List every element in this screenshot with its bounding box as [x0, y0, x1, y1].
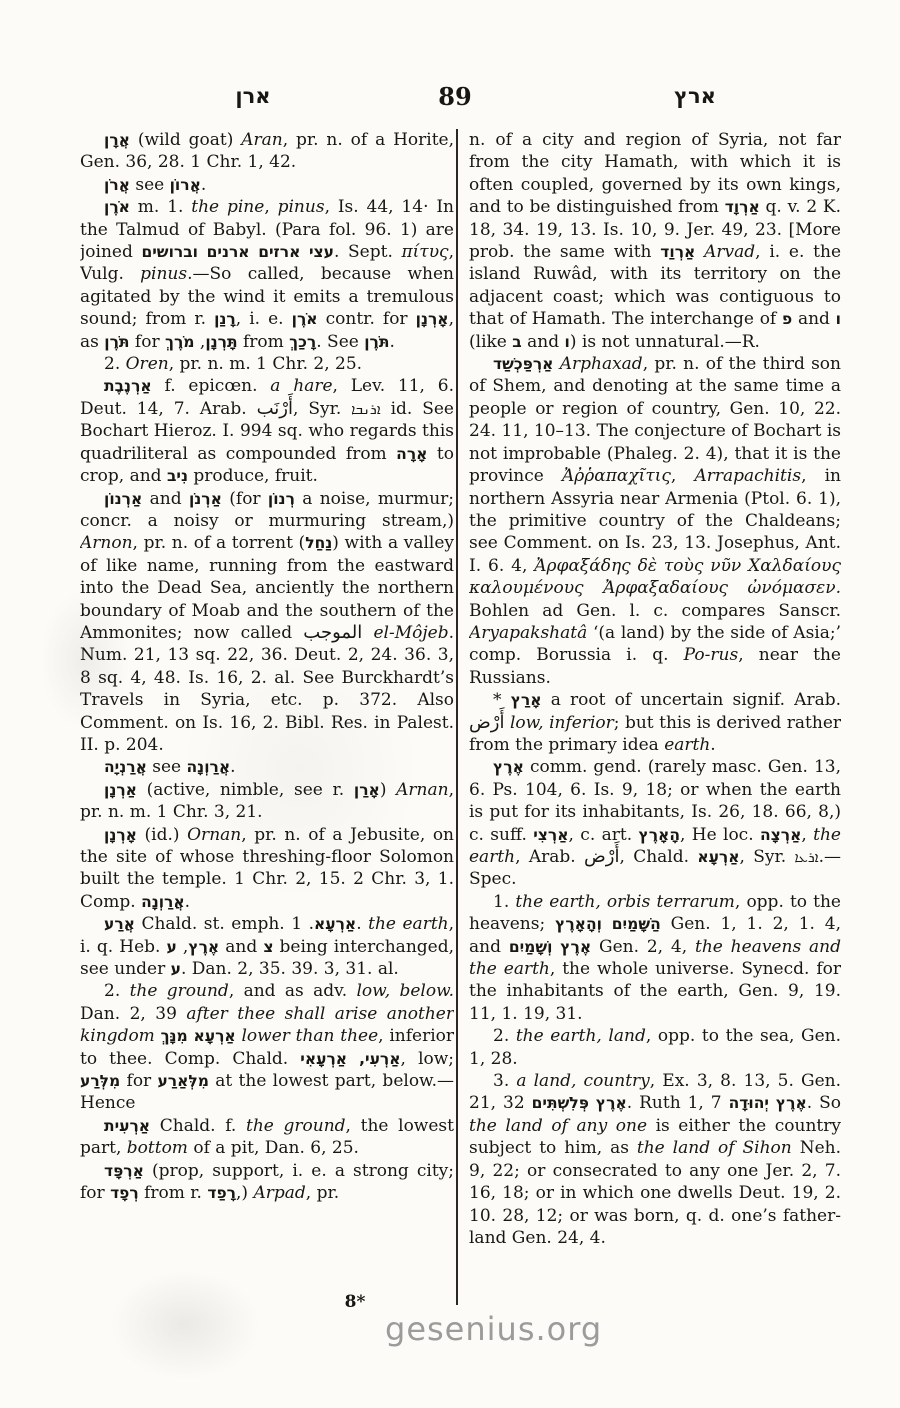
- hebrew-text: אָרָה: [396, 445, 427, 463]
- italic-text: low, below.: [356, 981, 454, 1001]
- hebrew-text: אָרַן: [354, 781, 380, 799]
- text-run: ,: [195, 332, 206, 352]
- hebrew-text: אֲרוֹן: [170, 176, 201, 194]
- italic-text: pinus: [140, 264, 187, 284]
- text-run: (id.): [137, 825, 187, 845]
- text-run: see: [147, 757, 187, 777]
- text-run: ,: [264, 197, 277, 217]
- text-run: ,): [236, 1183, 253, 1203]
- scanned-lexicon-page: ארן 89 ארץ אֲרָן (wild goat) Aran, pr. n…: [0, 0, 900, 1408]
- hebrew-text: צ: [263, 938, 273, 956]
- hebrew-text: עצי ארזים ארנים וברושים: [141, 243, 334, 261]
- text-run: 2.: [493, 1026, 516, 1046]
- column-divider-rule: [456, 129, 458, 1305]
- text-run: and: [792, 309, 835, 329]
- hebrew-text: אֲרֹן: [104, 176, 130, 194]
- hebrew-text: מִלְּאַרַע: [157, 1072, 209, 1090]
- text-run: .: [230, 757, 235, 777]
- arabic-text: أَرْض: [584, 846, 619, 867]
- text-run: and: [219, 937, 263, 957]
- hebrew-text: תֹּרֶן: [364, 333, 389, 351]
- dictionary-entry: אַרְנוֹן and אַרְנֹן (for רְנוֹן a noise…: [80, 488, 454, 757]
- hebrew-text: אַרְעָא: [314, 915, 356, 933]
- hebrew-text: אָרְנָן: [104, 826, 137, 844]
- hebrew-text: נַחַל: [305, 534, 332, 552]
- text-run: contr. for: [318, 309, 416, 329]
- dictionary-entry: 2. Oren, pr. n. m. 1 Chr. 2, 25.: [80, 353, 454, 375]
- hebrew-text: אֶרֶץ: [493, 758, 524, 776]
- dictionary-entry: אַרְפָּד (prop, support, i. e. a strong …: [80, 1160, 454, 1205]
- two-column-text: אֲרָן (wild goat) Aran, pr. n. of a Hori…: [80, 129, 841, 1307]
- text-run: . Dan. 2, 35. 39. 3, 31. al.: [181, 959, 399, 979]
- dictionary-entry: אֶרֶץ comm. gend. (rarely masc. Gen. 13,…: [469, 756, 841, 890]
- hebrew-text: ו: [836, 310, 841, 328]
- italic-text: Arvad: [704, 242, 755, 262]
- text-run: m. 1.: [130, 197, 191, 217]
- header-keyword-right: ארץ: [520, 84, 870, 108]
- hebrew-text: רָפַד: [207, 1184, 236, 1202]
- italic-text: el-Môjeb: [373, 623, 448, 643]
- dictionary-entry: אֲרַנְיָה see אֲרַוְנָה.: [80, 756, 454, 778]
- right-column: n. of a city and region of Syria, not fa…: [469, 129, 841, 1307]
- italic-text: a land, country: [516, 1071, 649, 1091]
- italic-text: Aran: [241, 130, 283, 150]
- text-run: .: [389, 332, 394, 352]
- dictionary-entry: 2. the ground, and as adv. low, below. D…: [80, 980, 454, 1114]
- hebrew-text: אֲרָן: [104, 131, 130, 149]
- text-run: (wild goat): [130, 130, 241, 150]
- text-run: . See: [316, 332, 364, 352]
- hebrew-text: מֹרֶךְ: [165, 333, 195, 351]
- dictionary-entry: אַרְפַּכְשַׁד Arphaxad, pr. n. of the th…: [469, 353, 841, 689]
- hebrew-text: ע: [171, 960, 181, 978]
- dictionary-entry: אַרְנֶבֶת f. epicœn. a hare, Lev. 11, 6.…: [80, 375, 454, 487]
- hebrew-text: אֲרַע: [104, 915, 135, 933]
- text-run: , i. e.: [236, 309, 292, 329]
- hebrew-text: אַרְפַּכְשַׁד: [493, 355, 553, 373]
- greek-text: πίτυς: [401, 242, 448, 262]
- text-run: and: [142, 489, 189, 509]
- text-run: of a pit, Dan. 6, 25.: [188, 1138, 359, 1158]
- hebrew-text: אֹרֶן: [292, 310, 318, 328]
- dictionary-entry: אַרְנָן (active, nimble, see r. אָרַן) A…: [80, 779, 454, 824]
- hebrew-text: אַרְנֶבֶת: [104, 377, 152, 395]
- syriac-text: ܐܪܢܒܐ: [351, 402, 380, 418]
- italic-text: the earth: [368, 914, 448, 934]
- hebrew-text: אַרְוַד: [660, 243, 695, 261]
- italic-text: the ground: [130, 981, 229, 1001]
- italic-text: the earth, orbis terrarum: [515, 892, 735, 912]
- hebrew-text: הַשָּׁמַיִם וְהָאָרֶץ: [555, 915, 661, 933]
- italic-text: the earth, land: [516, 1026, 646, 1046]
- italic-text: the land of any one: [469, 1116, 647, 1136]
- hebrew-text: אַרְפָּד: [104, 1162, 144, 1180]
- hebrew-text: אָרַץ: [511, 691, 542, 709]
- dictionary-entry: אֹרֶן m. 1. the pine, pinus, Is. 44, 14·…: [80, 196, 454, 353]
- text-run: ,: [801, 825, 813, 845]
- dictionary-entry: 1. the earth, orbis terrarum, opp. to th…: [469, 891, 841, 1025]
- text-run: Gen. 2, 4,: [591, 937, 695, 957]
- text-run: . Ruth 1, 7: [627, 1093, 729, 1113]
- text-run: . Sept.: [334, 242, 401, 262]
- hebrew-text: אֶרֶץ פְּלִשְׁתִּים: [532, 1094, 627, 1112]
- italic-text: Arnon: [80, 533, 133, 553]
- dictionary-entry: אָרְנָן (id.) Ornan, pr. n. of a Jebusit…: [80, 824, 454, 914]
- italic-text: Oren: [126, 354, 169, 374]
- text-run: (active, nimble, see r.: [137, 780, 354, 800]
- hebrew-text: אַרְנָן: [104, 781, 137, 799]
- italic-text: Aryapakshatâ: [469, 623, 587, 643]
- page-number: 89: [405, 82, 505, 111]
- text-run: and: [522, 332, 565, 352]
- italic-text: lower than thee: [236, 1026, 378, 1046]
- dictionary-entry: * אָרַץ a root of uncertain signif. Arab…: [469, 689, 841, 756]
- hebrew-text: אֲרַנְיָה: [104, 758, 147, 776]
- arabic-text: أَرْنَب: [257, 398, 293, 419]
- hebrew-text: תָּרְנָן: [205, 333, 237, 351]
- hebrew-text: אָרְנָן: [416, 310, 449, 328]
- hebrew-text: אַרְצָה: [760, 826, 801, 844]
- text-run: , Syr.: [740, 847, 795, 867]
- text-run: [362, 623, 373, 643]
- arabic-text: أَرْض: [469, 712, 504, 733]
- left-column: אֲרָן (wild goat) Aran, pr. n. of a Hori…: [80, 129, 454, 1307]
- italic-text: Arphaxad: [560, 354, 643, 374]
- text-run: .: [201, 175, 206, 195]
- italic-text: pinus: [278, 197, 325, 217]
- greek-text: Ἀῤῥαπαχῖτις: [562, 466, 671, 486]
- hebrew-text: אַרְצִי: [533, 826, 568, 844]
- text-run: .: [185, 892, 190, 912]
- hebrew-text: אֲרַוְנָה: [141, 893, 185, 911]
- italic-text: earth: [664, 735, 710, 755]
- text-run: , Arab.: [515, 847, 584, 867]
- hebrew-text: פ: [782, 310, 792, 328]
- signature-mark: 8*: [315, 1292, 395, 1312]
- text-run: from r.: [139, 1183, 208, 1203]
- text-run: , and as adv.: [229, 981, 357, 1001]
- text-run: ) is not unnatural.—R.: [570, 332, 760, 352]
- arabic-text: الموجب: [303, 622, 362, 643]
- hebrew-text: ע: [167, 938, 177, 956]
- italic-text: bottom: [127, 1138, 188, 1158]
- hebrew-text: הָאָרֶץ: [638, 826, 680, 844]
- text-run: , low;: [401, 1049, 454, 1069]
- hebrew-text: רָכַךְ: [289, 333, 316, 351]
- hebrew-text: אֹרֶן: [104, 198, 130, 216]
- running-head: ארן 89 ארץ: [0, 82, 900, 116]
- hebrew-text: אַרְנוֹן: [104, 490, 142, 508]
- text-run: , pr.: [306, 1183, 339, 1203]
- text-run: (like: [469, 332, 512, 352]
- italic-text: the pine: [191, 197, 264, 217]
- text-run: for: [130, 332, 165, 352]
- italic-text: Arnan: [396, 780, 448, 800]
- text-run: ): [380, 780, 396, 800]
- text-run: Chald. f.: [150, 1116, 246, 1136]
- text-run: , Chald.: [619, 847, 697, 867]
- italic-text: the land of Sihon: [637, 1138, 792, 1158]
- dictionary-entry: 3. a land, country, Ex. 3, 8. 13, 5. Gen…: [469, 1070, 841, 1249]
- text-run: 2.: [104, 354, 126, 374]
- hebrew-text: אֶרֶץ וְשָׁמַיִם: [509, 938, 591, 956]
- text-run: ,: [671, 466, 695, 486]
- text-run: 2.: [104, 981, 130, 1001]
- text-run: . So: [807, 1093, 841, 1113]
- dictionary-entry: אֲרֹן see אֲרוֹן.: [80, 174, 454, 196]
- dictionary-entry: אֲרַע Chald. st. emph. אַרְעָא. 1. the e…: [80, 913, 454, 980]
- dictionary-entry: אֲרָן (wild goat) Aran, pr. n. of a Hori…: [80, 129, 454, 174]
- text-run: ,: [177, 937, 188, 957]
- text-run: , Syr.: [293, 399, 351, 419]
- italic-text: the ground: [246, 1116, 346, 1136]
- text-run: (for: [222, 489, 268, 509]
- hebrew-text: אַרְעִית: [104, 1117, 150, 1135]
- text-run: for: [120, 1071, 157, 1091]
- italic-text: low, inferior: [510, 713, 614, 733]
- text-run: *: [493, 690, 511, 710]
- text-run: from: [238, 332, 290, 352]
- text-run: [695, 242, 704, 262]
- italic-text: a hare: [270, 376, 332, 396]
- text-run: 3.: [493, 1071, 516, 1091]
- hebrew-text: אֲרַוְנָה: [187, 758, 231, 776]
- dictionary-entry: n. of a city and region of Syria, not fa…: [469, 129, 841, 353]
- hebrew-text: מִלְּרַע: [80, 1072, 120, 1090]
- hebrew-text: רְפָד: [110, 1184, 139, 1202]
- dictionary-entry: 2. the earth, land, opp. to the sea, Gen…: [469, 1025, 841, 1070]
- hebrew-text: אַרְעָא: [697, 848, 739, 866]
- dictionary-entry: אַרְעִית Chald. f. the ground, the lowes…: [80, 1115, 454, 1160]
- text-run: produce, fruit.: [188, 466, 318, 486]
- hebrew-text: אַרְעִי, אַרְעָאִי: [300, 1050, 400, 1068]
- watermark: gesenius.org: [385, 1310, 585, 1348]
- hebrew-text: אֶרֶץ יְהוּדָה: [729, 1094, 807, 1112]
- text-run: Chald. st. emph.: [135, 914, 291, 934]
- hebrew-text: אֶרֶץ: [188, 938, 219, 956]
- hebrew-text: רָנַן: [214, 310, 236, 328]
- hebrew-text: רְנוֹן: [268, 490, 295, 508]
- hebrew-text: אַרְוָד: [725, 198, 760, 216]
- text-run: , c. art.: [569, 825, 639, 845]
- text-run: f. epicœn.: [152, 376, 271, 396]
- italic-text: Arrapachitis: [694, 466, 801, 486]
- text-run: Bohlen ad Gen. l. c. compares Sanscr.: [469, 601, 841, 621]
- text-run: , He loc.: [680, 825, 760, 845]
- hebrew-text: נִיב: [167, 467, 188, 485]
- text-run: 1.: [493, 892, 515, 912]
- syriac-text: ܐܪܥܐ: [795, 850, 819, 866]
- hebrew-text: אַרְנֹן: [189, 490, 222, 508]
- hebrew-text: ב: [512, 333, 521, 351]
- italic-text: Ornan: [187, 825, 241, 845]
- text-run: see: [130, 175, 170, 195]
- header-keyword-left: ארן: [80, 84, 426, 108]
- text-run: , pr. n. of a torrent (: [133, 533, 306, 553]
- italic-text: Po-rus: [684, 645, 739, 665]
- text-run: a root of uncertain signif. Arab.: [542, 690, 841, 710]
- hebrew-text: תֹּרֶן: [104, 333, 129, 351]
- text-run: Dan. 2, 39: [80, 1004, 186, 1024]
- hebrew-text: אַרְעָא מִנָּךְ: [161, 1027, 236, 1045]
- italic-text: Arpad: [253, 1183, 305, 1203]
- text-run: .: [710, 735, 715, 755]
- text-run: , pr. n. m. 1 Chr. 2, 25.: [169, 354, 362, 374]
